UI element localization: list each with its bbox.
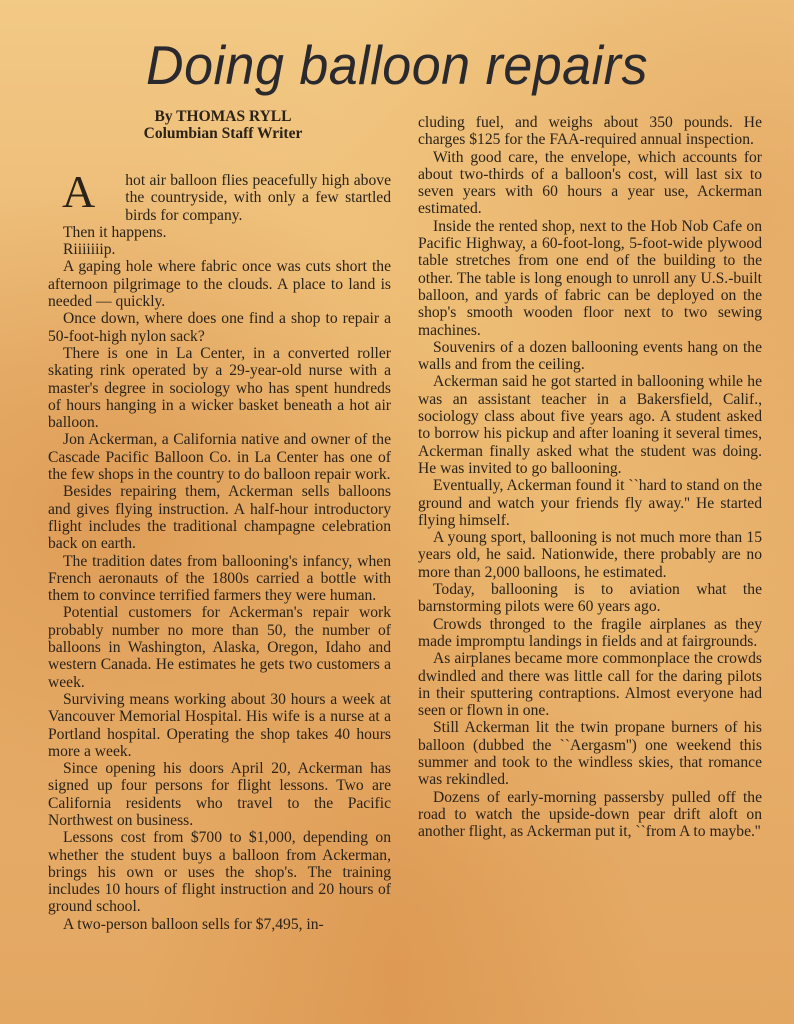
article-paragraph: Souvenirs of a dozen ballooning events h… [418, 339, 762, 374]
article-paragraph: Once down, where does one find a shop to… [48, 310, 391, 345]
article-paragraph: Crowds thronged to the fragile airplanes… [418, 616, 762, 651]
article-paragraph: There is one in La Center, in a converte… [48, 345, 391, 431]
article-paragraph: A hot air balloon flies peacefully high … [48, 166, 391, 224]
article-paragraph: Jon Ackerman, a California native and ow… [48, 431, 391, 483]
paragraph-text: hot air balloon flies peacefully high ab… [125, 172, 391, 224]
byline: By THOMAS RYLL Columbian Staff Writer [48, 108, 398, 142]
article-paragraph: Inside the rented shop, next to the Hob … [418, 218, 762, 339]
article-paragraph: Eventually, Ackerman found it ``hard to … [418, 477, 762, 529]
headline: Doing balloon repairs [0, 35, 794, 98]
byline-author: By THOMAS RYLL [48, 108, 398, 125]
article-paragraph: Potential customers for Ackerman's repai… [48, 604, 391, 690]
article-paragraph: The tradition dates from ballooning's in… [48, 553, 391, 605]
article-paragraph: A two-person balloon sells for $7,495, i… [48, 916, 391, 933]
article-column-right: cluding fuel, and weighs about 350 pound… [418, 114, 762, 840]
article-paragraph: Today, ballooning is to aviation what th… [418, 581, 762, 616]
article-paragraph: cluding fuel, and weighs about 350 pound… [418, 114, 762, 149]
article-paragraph: A gaping hole where fabric once was cuts… [48, 258, 391, 310]
article-paragraph: Riiiiiiip. [48, 241, 391, 258]
article-paragraph: Surviving means working about 30 hours a… [48, 691, 391, 760]
article-paragraph: Since opening his doors April 20, Ackerm… [48, 760, 391, 829]
article-paragraph: With good care, the envelope, which acco… [418, 149, 762, 218]
article-paragraph: Still Ackerman lit the twin propane burn… [418, 719, 762, 788]
article-paragraph: Besides repairing them, Ackerman sells b… [48, 483, 391, 552]
drop-cap: A [62, 174, 95, 210]
article-column-left: A hot air balloon flies peacefully high … [48, 166, 391, 933]
byline-role: Columbian Staff Writer [48, 125, 398, 142]
article-paragraph: As airplanes became more commonplace the… [418, 650, 762, 719]
article-paragraph: Then it happens. [48, 224, 391, 241]
article-paragraph: A young sport, ballooning is not much mo… [418, 529, 762, 581]
article-paragraph: Dozens of early-morning passersby pulled… [418, 789, 762, 841]
article-paragraph: Ackerman said he got started in ballooni… [418, 373, 762, 477]
article-paragraph: Lessons cost from $700 to $1,000, depend… [48, 829, 391, 915]
